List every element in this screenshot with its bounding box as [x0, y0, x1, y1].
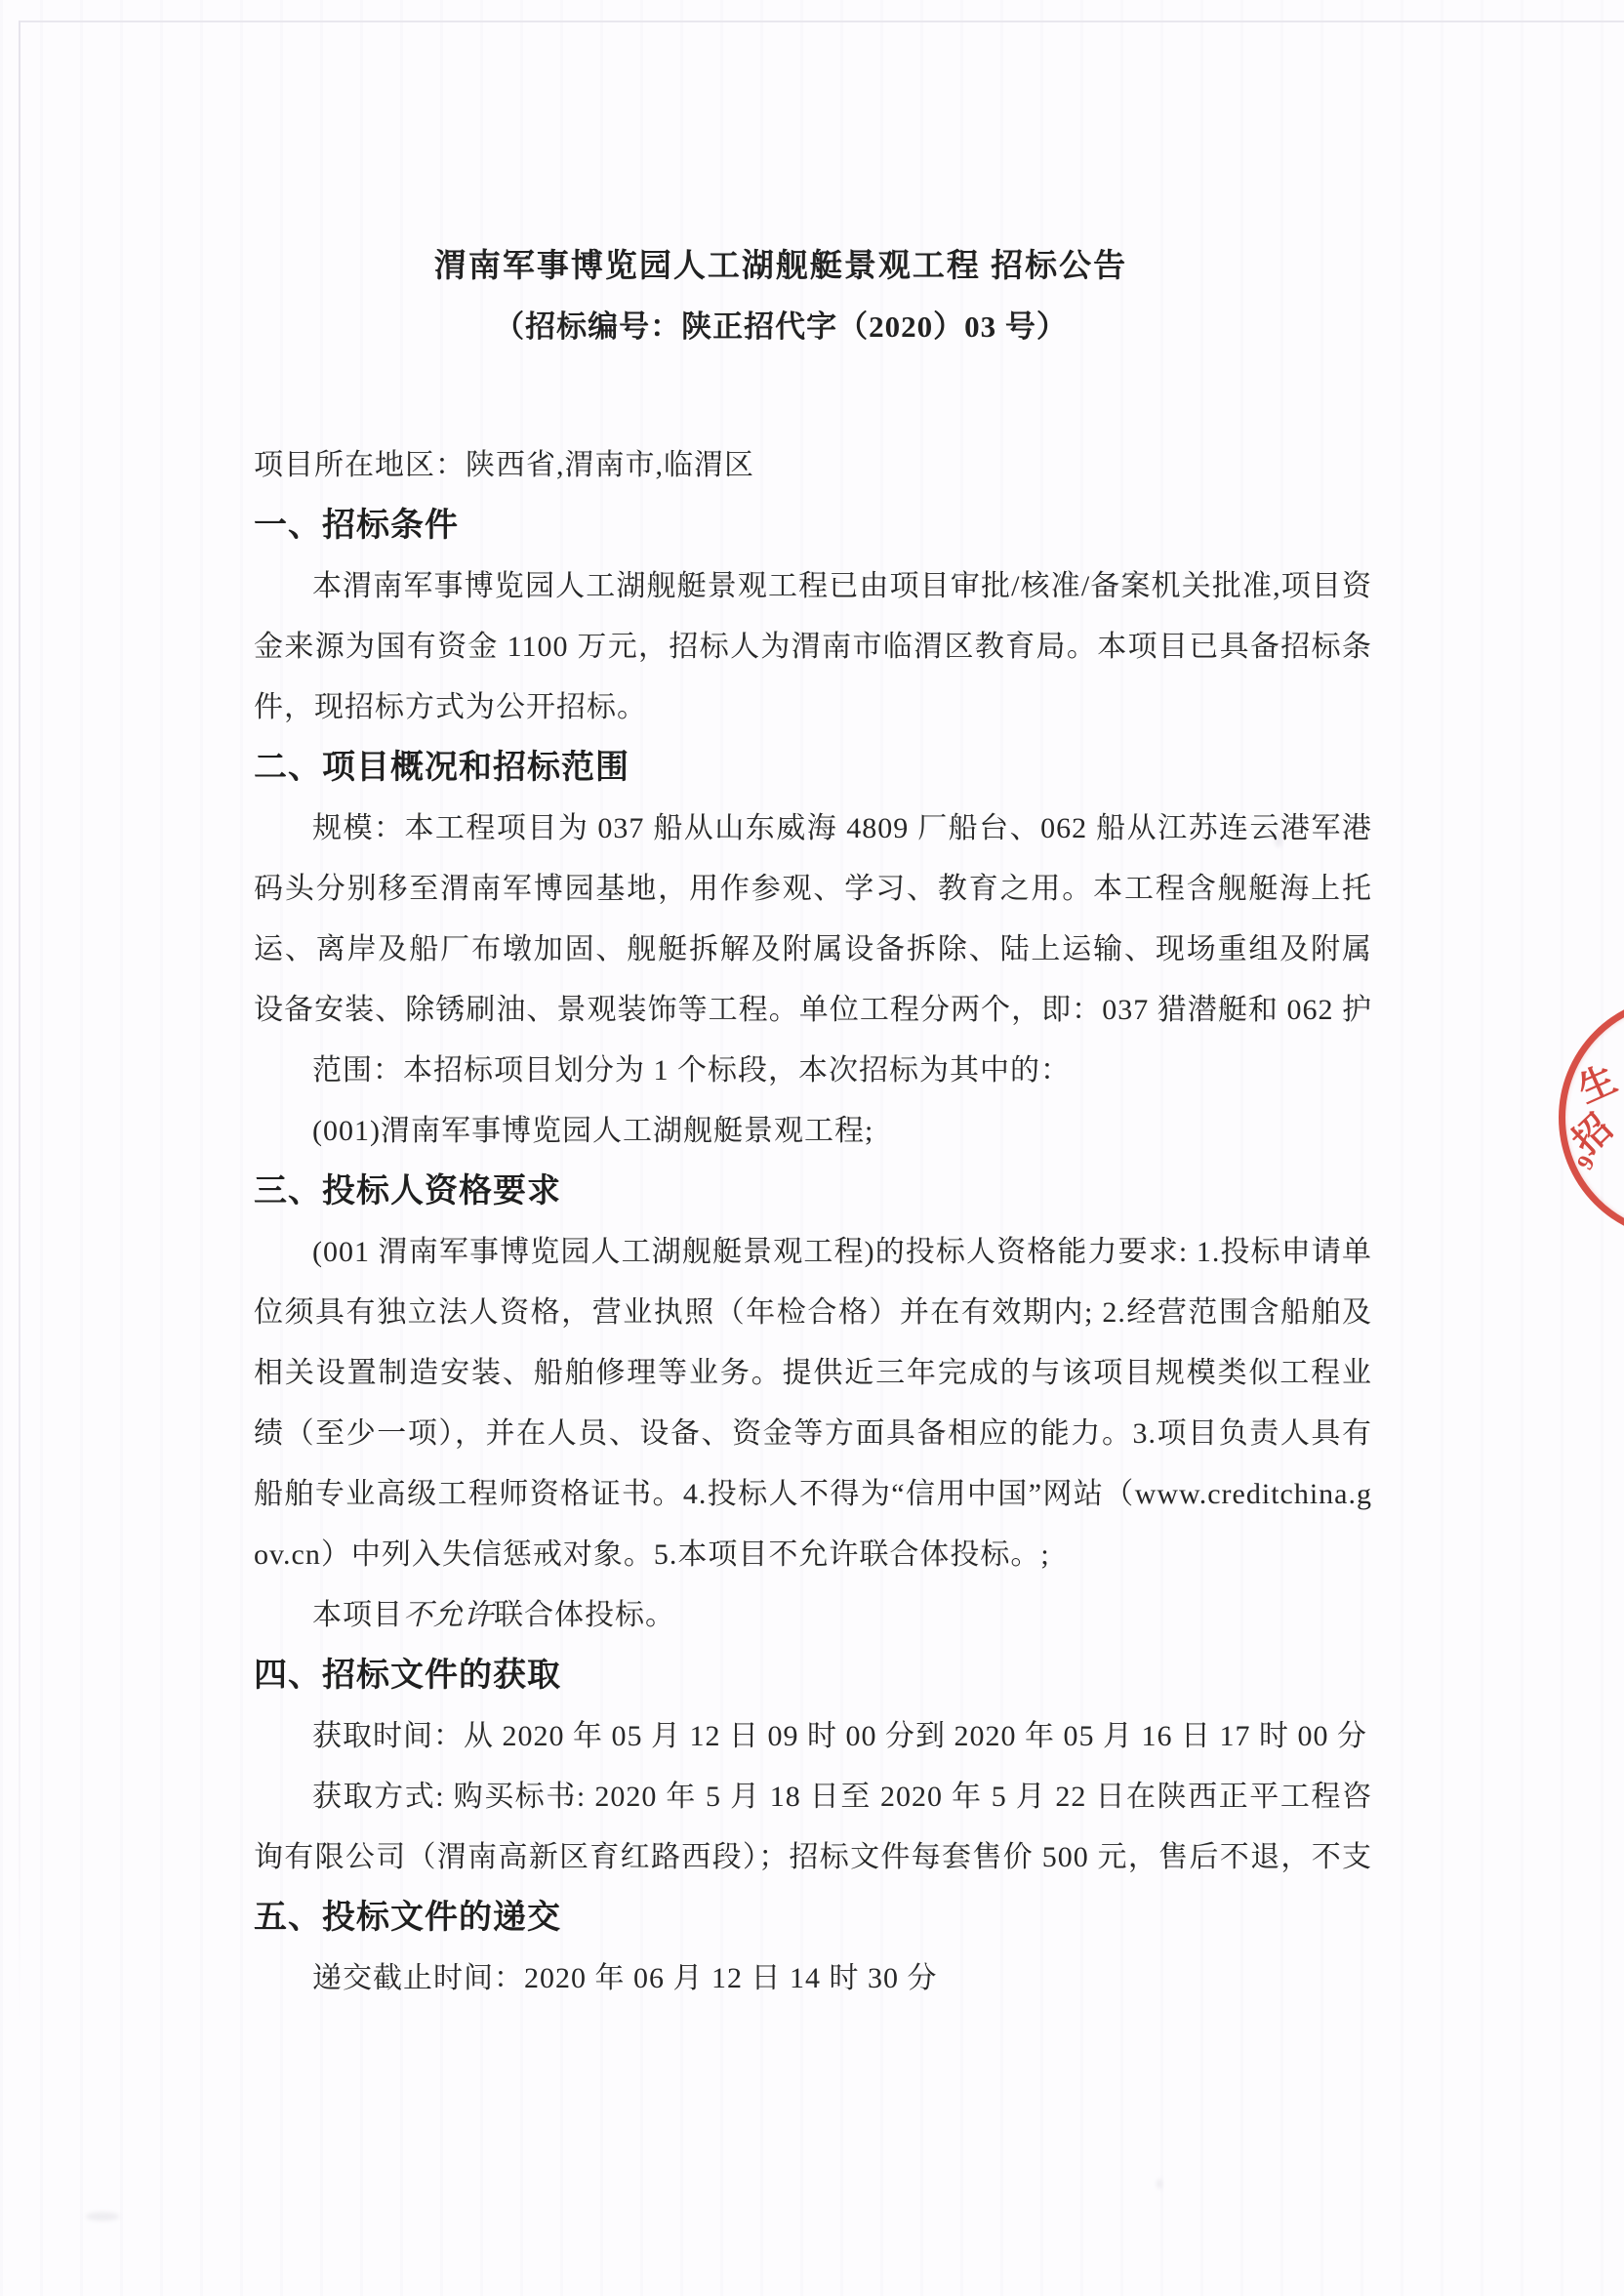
section-heading-bid-submission: 五、投标文件的递交: [254, 1888, 1372, 1948]
acquisition-time-line: 获取时间：从 2020 年 05 月 12 日 09 时 00 分到 2020 …: [254, 1706, 1372, 1767]
tender-number-subtitle: （招标编号：陕正招代字（2020）03 号）: [0, 297, 1562, 357]
document-header: 渭南军事博览园人工湖舰艇景观工程 招标公告 （招标编号：陕正招代字（2020）0…: [0, 236, 1562, 357]
lot-001-line: (001)渭南军事博览园人工湖舰艇景观工程;: [254, 1101, 1372, 1162]
document-body: 项目所在地区：陕西省,渭南市,临渭区 一、招标条件 本渭南军事博览园人工湖舰艇景…: [254, 435, 1372, 2009]
scanned-document-page: 渭南军事博览园人工湖舰艇景观工程 招标公告 （招标编号：陕正招代字（2020）0…: [0, 0, 1624, 2296]
tender-scope-paragraph: 范围：本招标项目划分为 1 个标段，本次招标为其中的：: [254, 1041, 1372, 1101]
scan-edge-top: [20, 20, 1624, 22]
scan-smudge: [1157, 2179, 1162, 2189]
bidder-qualifications-paragraph: (001 渭南军事博览园人工湖舰艇景观工程)的投标人资格能力要求: 1.投标申请…: [254, 1222, 1372, 1585]
section-heading-project-overview: 二、项目概况和招标范围: [254, 738, 1372, 799]
acquisition-method-paragraph: 获取方式: 购买标书: 2020 年 5 月 18 日至 2020 年 5 月 …: [254, 1767, 1372, 1888]
joint-venture-note-prefix: 本项目: [312, 1599, 403, 1631]
joint-venture-note: 本项目不允许联合体投标。: [254, 1585, 1372, 1646]
section-heading-bidder-qualifications: 三、投标人资格要求: [254, 1162, 1372, 1222]
tender-conditions-paragraph: 本渭南军事博览园人工湖舰艇景观工程已由项目审批/核准/备案机关批准,项目资金来源…: [254, 556, 1372, 738]
scan-smudge: [86, 2212, 119, 2221]
joint-venture-note-emphasis: 不允许: [403, 1599, 494, 1631]
submission-deadline-line: 递交截止时间：2020 年 06 月 12 日 14 时 30 分: [254, 1948, 1372, 2009]
project-location-line: 项目所在地区：陕西省,渭南市,临渭区: [254, 435, 1372, 496]
joint-venture-note-suffix: 联合体投标。: [494, 1599, 675, 1631]
section-heading-document-acquisition: 四、招标文件的获取: [254, 1646, 1372, 1706]
document-title: 渭南军事博览园人工湖舰艇景观工程 招标公告: [0, 236, 1562, 297]
section-heading-tender-conditions: 一、招标条件: [254, 496, 1372, 556]
project-scale-paragraph: 规模：本工程项目为 037 船从山东威海 4809 厂船台、062 船从江苏连云…: [254, 799, 1372, 1041]
